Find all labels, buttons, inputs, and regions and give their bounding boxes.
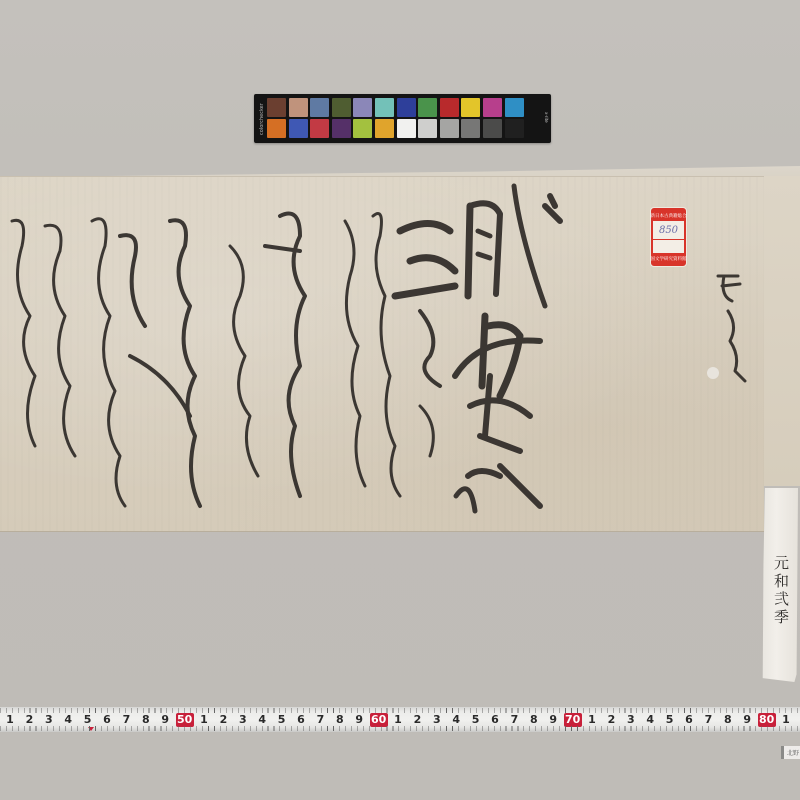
color-swatch — [375, 98, 394, 117]
color-swatch-grid — [267, 98, 524, 138]
ruler-label: 5 — [469, 713, 483, 727]
color-swatch — [418, 98, 437, 117]
color-swatch — [461, 98, 480, 117]
ruler-label: 1 — [585, 713, 599, 727]
color-checker-brand: colorchecker — [257, 102, 267, 136]
ruler-label: 4 — [61, 713, 75, 727]
ruler-label: 70 — [564, 713, 582, 727]
corner-tag: 北野 — [781, 746, 800, 759]
color-swatch — [353, 119, 372, 138]
date-slip-text: 元和弐季 — [770, 555, 792, 627]
ruler-label: 8 — [721, 713, 735, 727]
ruler-label: 9 — [546, 713, 560, 727]
ruler-label: 1 — [779, 713, 793, 727]
ruler-label: 1 — [197, 713, 211, 727]
ruler-label: 9 — [158, 713, 172, 727]
color-swatch — [267, 119, 286, 138]
ruler-label: 6 — [294, 713, 308, 727]
label-blank-field — [653, 240, 684, 253]
color-swatch — [505, 119, 524, 138]
ruler-label: 5 — [275, 713, 289, 727]
library-catalog-label: 新日本古典籍総合 850 国文学研究資料館 — [651, 208, 686, 266]
color-swatch — [353, 98, 372, 117]
ruler-label: 2 — [410, 713, 424, 727]
color-checker-chart: colorchecker x-rite — [254, 94, 551, 143]
color-swatch — [289, 119, 308, 138]
color-swatch — [289, 98, 308, 117]
ruler-label: 8 — [139, 713, 153, 727]
ruler-label: 4 — [255, 713, 269, 727]
ruler-label: 5 — [663, 713, 677, 727]
ruler-label: 6 — [488, 713, 502, 727]
ruler-label: 4 — [643, 713, 657, 727]
color-swatch — [461, 119, 480, 138]
color-swatch — [310, 119, 329, 138]
ruler-label: 6 — [682, 713, 696, 727]
measuring-ruler: 1234567895012345678960123456789701234567… — [0, 707, 800, 732]
color-swatch — [332, 119, 351, 138]
ruler-label: 5 — [81, 713, 95, 727]
color-swatch — [397, 119, 416, 138]
color-swatch — [397, 98, 416, 117]
ruler-ticks-bottom — [0, 726, 800, 731]
catalog-number: 850 — [653, 221, 684, 240]
ruler-label: 2 — [216, 713, 230, 727]
color-swatch — [440, 119, 459, 138]
color-swatch — [418, 119, 437, 138]
color-swatch — [310, 98, 329, 117]
color-swatch — [267, 98, 286, 117]
color-swatch — [332, 98, 351, 117]
ruler-label: 60 — [370, 713, 388, 727]
ruler-label: 1 — [3, 713, 17, 727]
color-swatch — [505, 98, 524, 117]
ruler-label: 3 — [624, 713, 638, 727]
ruler-label: 8 — [333, 713, 347, 727]
color-swatch — [483, 98, 502, 117]
ruler-label: 1 — [391, 713, 405, 727]
ruler-label: 3 — [430, 713, 444, 727]
ruler-label: 7 — [313, 713, 327, 727]
xrite-logo: x-rite — [541, 112, 549, 128]
label-footer: 国文学研究資料館 — [653, 253, 684, 264]
ruler-label: 8 — [527, 713, 541, 727]
ruler-label: 2 — [22, 713, 36, 727]
ruler-label: 7 — [119, 713, 133, 727]
ruler-label: 4 — [449, 713, 463, 727]
ruler-label: 6 — [100, 713, 114, 727]
ruler-numbers: 1234567895012345678960123456789701234567… — [0, 713, 800, 727]
color-swatch — [375, 119, 394, 138]
ruler-label: 3 — [42, 713, 56, 727]
color-swatch — [440, 98, 459, 117]
ruler-label: 9 — [352, 713, 366, 727]
ruler-label: 7 — [701, 713, 715, 727]
ruler-label: 2 — [604, 713, 618, 727]
ruler-label: 3 — [236, 713, 250, 727]
ruler-label: 50 — [176, 713, 194, 727]
color-swatch — [483, 119, 502, 138]
ruler-label: 80 — [758, 713, 776, 727]
ruler-label: 9 — [740, 713, 754, 727]
label-header: 新日本古典籍総合 — [653, 210, 684, 221]
ruler-label: 7 — [507, 713, 521, 727]
